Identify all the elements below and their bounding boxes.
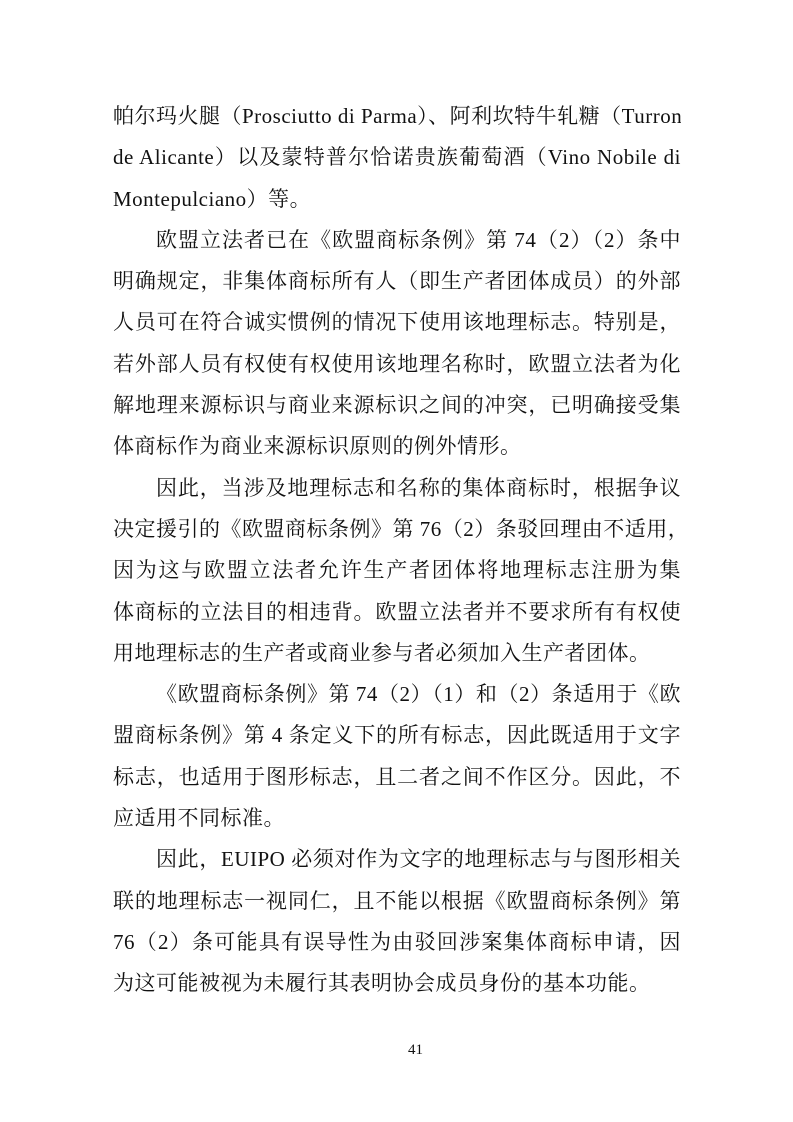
text-line: 联的地理标志一视同仁，且不能以根据《欧盟商标条例》第: [113, 881, 681, 922]
paragraph: 帕尔玛火腿（Prosciutto di Parma）、阿利坎特牛轧糖（Turro…: [113, 96, 681, 220]
text-line: 盟商标条例》第 4 条定义下的所有标志，因此既适用于文字: [113, 715, 681, 756]
text-line: 明确规定，非集体商标所有人（即生产者团体成员）的外部: [113, 261, 681, 302]
text-line: 标志，也适用于图形标志，且二者之间不作区分。因此，不: [113, 757, 681, 798]
text-line: 因此，EUIPO 必须对作为文字的地理标志与与图形相关: [113, 839, 681, 880]
paragraph: 欧盟立法者已在《欧盟商标条例》第 74（2）（2）条中 明确规定，非集体商标所有…: [113, 220, 681, 468]
text-line: 76（2）条可能具有误导性为由驳回涉案集体商标申请，因: [113, 922, 681, 963]
text-line: 因此，当涉及地理标志和名称的集体商标时，根据争议: [113, 468, 681, 509]
text-line: de Alicante）以及蒙特普尔恰诺贵族葡萄酒（Vino Nobile di: [113, 137, 681, 178]
text-line: Montepulciano）等。: [113, 179, 681, 220]
text-line: 应适用不同标准。: [113, 798, 681, 839]
paragraph: 《欧盟商标条例》第 74（2）（1）和（2）条适用于《欧 盟商标条例》第 4 条…: [113, 674, 681, 839]
text-line: 体商标作为商业来源标识原则的例外情形。: [113, 426, 681, 467]
text-line: 为这可能被视为未履行其表明协会成员身份的基本功能。: [113, 963, 681, 1004]
text-line: 《欧盟商标条例》第 74（2）（1）和（2）条适用于《欧: [113, 674, 681, 715]
text-line: 欧盟立法者已在《欧盟商标条例》第 74（2）（2）条中: [113, 220, 681, 261]
paragraph: 因此，EUIPO 必须对作为文字的地理标志与与图形相关 联的地理标志一视同仁，且…: [113, 839, 681, 1004]
page-footer: 41: [0, 1041, 793, 1059]
text-line: 用地理标志的生产者或商业参与者必须加入生产者团体。: [113, 633, 681, 674]
document-body: 帕尔玛火腿（Prosciutto di Parma）、阿利坎特牛轧糖（Turro…: [113, 96, 681, 1005]
page-number: 41: [370, 1042, 423, 1058]
text-line: 解地理来源标识与商业来源标识之间的冲突，已明确接受集: [113, 385, 681, 426]
text-line: 因为这与欧盟立法者允许生产者团体将地理标志注册为集: [113, 550, 681, 591]
paragraph: 因此，当涉及地理标志和名称的集体商标时，根据争议 决定援引的《欧盟商标条例》第 …: [113, 468, 681, 674]
text-line: 帕尔玛火腿（Prosciutto di Parma）、阿利坎特牛轧糖（Turro…: [113, 96, 681, 137]
text-line: 若外部人员有权使有权使用该地理名称时，欧盟立法者为化: [113, 344, 681, 385]
text-line: 人员可在符合诚实惯例的情况下使用该地理标志。特别是，: [113, 302, 681, 343]
text-line: 体商标的立法目的相违背。欧盟立法者并不要求所有有权使: [113, 592, 681, 633]
document-page: 帕尔玛火腿（Prosciutto di Parma）、阿利坎特牛轧糖（Turro…: [0, 0, 793, 1122]
text-line: 决定援引的《欧盟商标条例》第 76（2）条驳回理由不适用，: [113, 509, 681, 550]
